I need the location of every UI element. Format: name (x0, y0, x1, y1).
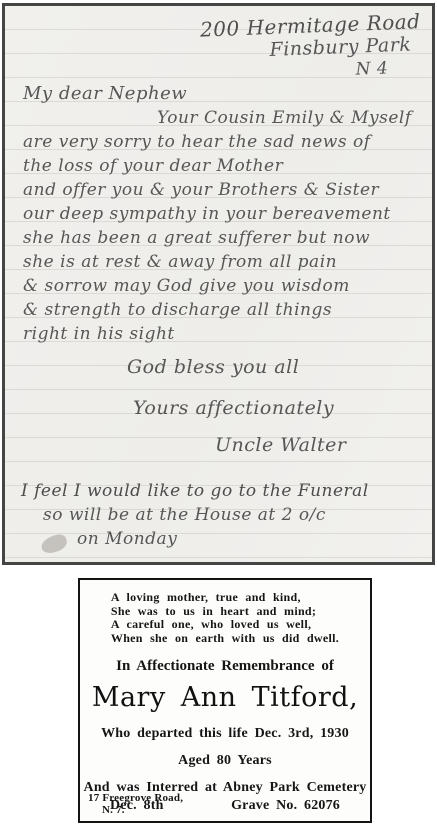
letter-postscript-line: so will be at the House at 2 o/c (15, 503, 424, 527)
card-remembrance-line: In Affectionate Remembrance of (80, 658, 370, 675)
letter-body-line: right in his sight (15, 322, 424, 346)
letter-body-line: she is at rest & away from all pain (15, 250, 424, 274)
letter-body-line: our deep sympathy in your bereavement (15, 202, 424, 226)
letter-postscript-line: on Monday (15, 527, 424, 551)
letter-signature: Uncle Walter (15, 432, 424, 459)
memorial-card: A loving mother, true and kind, She was … (78, 578, 372, 823)
letter-closing: Yours affectionately (15, 395, 424, 422)
letter-body-line: Your Cousin Emily & Myself (15, 106, 424, 130)
letter-postscript-line: I feel I would like to go to the Funeral (15, 479, 424, 503)
card-address-line: N. 7. (88, 805, 183, 817)
handwritten-letter-scan: 200 Hermitage Road Finsbury Park N 4 My … (2, 3, 435, 565)
card-printer-address: 17 Freegrove Road, N. 7. (88, 793, 183, 816)
card-age-line: Aged 80 Years (80, 753, 370, 769)
card-address-line: 17 Freegrove Road, (88, 793, 183, 805)
letter-postscript: I feel I would like to go to the Funeral… (15, 479, 424, 551)
card-departed-line: Who departed this life Dec. 3rd, 1930 (80, 726, 370, 742)
letter-body-line: & sorrow may God give you wisdom (15, 274, 424, 298)
card-verse-line: When she on earth with us did dwell. (111, 632, 339, 646)
card-verse-line: A careful one, who loved us well, (111, 618, 339, 632)
card-deceased-name: Mary Ann Titford, (80, 682, 370, 713)
card-verse-block: A loving mother, true and kind, She was … (111, 591, 339, 645)
letter-body-line: she has been a great sufferer but now (15, 226, 424, 250)
letter-body-line: & strength to discharge all things (15, 298, 424, 322)
letter-body-line: are very sorry to hear the sad news of (15, 130, 424, 154)
letter-body-line: the loss of your dear Mother (15, 154, 424, 178)
letter-body-line: and offer you & your Brothers & Sister (15, 178, 424, 202)
card-verse-line: She was to us in heart and mind; (111, 605, 339, 619)
card-grave-number: Grave No. 62076 (231, 798, 340, 814)
letter-blessing: God bless you all (15, 354, 424, 381)
card-verse-line: A loving mother, true and kind, (111, 591, 339, 605)
